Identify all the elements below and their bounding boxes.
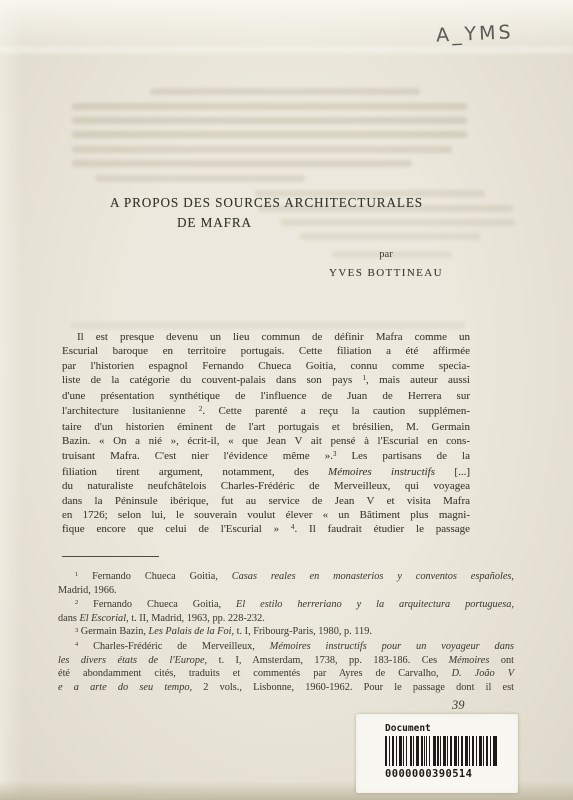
author-name: YVES BOTTINEAU xyxy=(286,267,486,279)
text-line: taire d'un historien éminent de l'art po… xyxy=(62,420,470,434)
text-line: filiation tirent argument, notamment, de… xyxy=(62,465,470,479)
text-line: d'une présentation synthétique de l'infl… xyxy=(62,389,470,403)
text-line: 3 Germain Bazin, Les Palais de la Foi, t… xyxy=(58,625,514,639)
article-title: A PROPOS DES SOURCES ARCHITECTURALES DE … xyxy=(63,193,470,233)
text-line: Escurial baroque en territoire portugais… xyxy=(62,344,470,358)
text-line: en 1726; selon lui, le souverain voulut … xyxy=(62,508,470,522)
text-line: liste de la catégorie du couvent-palais … xyxy=(62,373,470,389)
bleedthrough-line xyxy=(72,146,452,153)
byline: par YVES BOTTINEAU xyxy=(286,249,486,279)
bleedthrough-line xyxy=(72,160,412,167)
text-line: 4 Charles-Frédéric de Merveilleux, Mémoi… xyxy=(58,640,514,654)
text-line: Bazin. « On a nié », écrit-il, « que Jea… xyxy=(62,434,470,448)
text-line: du naturaliste neufchâtelois Charles-Fré… xyxy=(62,479,470,493)
bleedthrough-line xyxy=(70,322,465,329)
text-line: été abondamment cités, traduits et comme… xyxy=(58,667,514,680)
footnotes: 1 Fernando Chueca Goitia, Casas reales e… xyxy=(58,570,514,694)
text-line: Il est presque devenu un lieu commun de … xyxy=(62,330,470,344)
text-line: truisant Mafra. C'est nier l'évidence mê… xyxy=(62,449,470,465)
barcode-icon xyxy=(385,736,497,766)
text-line: e a arte do seu tempo, 2 vols., Lisbonne… xyxy=(58,681,514,694)
bleedthrough-line xyxy=(150,88,420,95)
text-line: Madrid, 1966. xyxy=(58,584,514,597)
barcode-number: 0000000390514 xyxy=(385,768,472,780)
bleedthrough-line xyxy=(95,175,305,182)
text-line: par l'historien espagnol Fernando Chueca… xyxy=(62,359,470,373)
text-line: dans El Escorial, t. II, Madrid, 1963, p… xyxy=(58,612,514,625)
page-number: 39 xyxy=(452,698,492,713)
footnote-separator xyxy=(62,556,159,557)
barcode-sticker: Document 0000000390514 xyxy=(356,714,518,793)
bleedthrough-line xyxy=(72,131,467,138)
scanned-page: A_YMS A PROPOS DES SOURCES ARCHITECTURAL… xyxy=(0,0,573,800)
text-line: 1 Fernando Chueca Goitia, Casas reales e… xyxy=(58,570,514,584)
barcode-label: Document xyxy=(385,723,431,734)
text-line: 2 Fernando Chueca Goitia, El estilo herr… xyxy=(58,598,514,612)
title-line-1: A PROPOS DES SOURCES ARCHITECTURALES xyxy=(63,193,470,213)
handwritten-annotation: A_YMS xyxy=(436,19,557,46)
title-line-2: DE MAFRA xyxy=(11,213,418,233)
bleedthrough-line xyxy=(300,233,480,240)
bleedthrough-line xyxy=(72,117,467,124)
bleedthrough-line xyxy=(72,103,467,110)
paper-crease xyxy=(0,47,573,56)
text-line: les divers états de l'Europe, t. I, Amst… xyxy=(58,654,514,667)
text-line: l'architecture lusitanienne 2. Cette par… xyxy=(62,404,470,420)
byline-preposition: par xyxy=(286,249,486,261)
text-line: dans la Péninsule ibérique, fut au servi… xyxy=(62,494,470,508)
text-line: fique encore que celui de l'Escurial » 4… xyxy=(62,522,470,538)
body-paragraph: Il est presque devenu un lieu commun de … xyxy=(62,330,470,539)
